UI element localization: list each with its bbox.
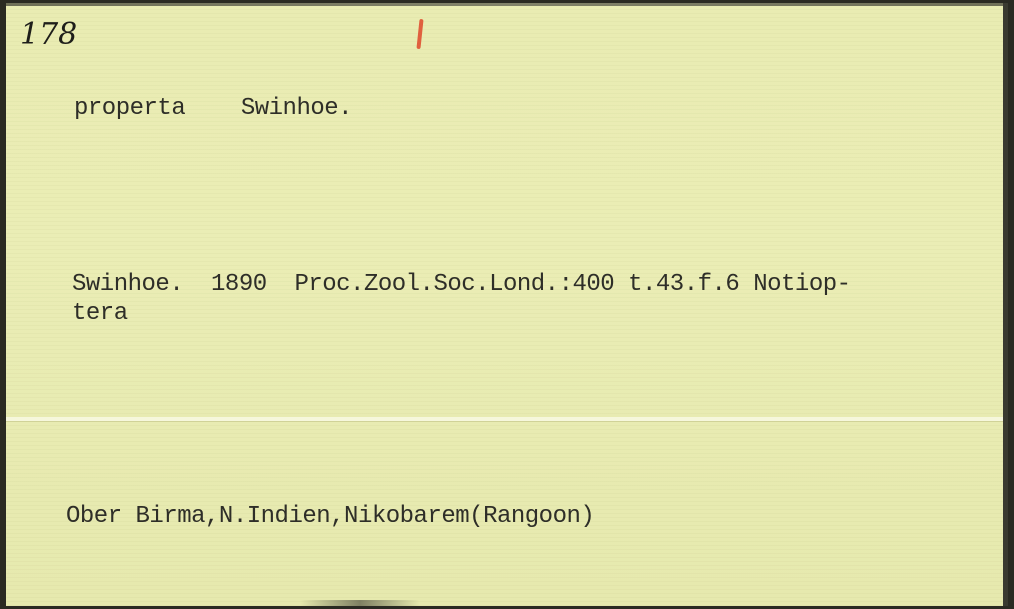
card-edge xyxy=(1003,3,1008,606)
catalog-number: 178 xyxy=(20,17,77,52)
reference-line-1: Swinhoe. 1890 Proc.Zool.Soc.Lond.:400 t.… xyxy=(72,271,851,298)
reference-line-2: tera xyxy=(72,300,128,327)
card-fold-line xyxy=(6,417,1008,421)
species-header: properta Swinhoe. xyxy=(74,95,352,122)
scan-shadow xyxy=(300,600,420,606)
header-spacer xyxy=(185,95,241,122)
species-name: properta xyxy=(74,95,185,122)
species-author: Swinhoe. xyxy=(241,95,352,122)
index-card: 178 properta Swinhoe. Swinhoe. 1890 Proc… xyxy=(6,3,1008,606)
red-pencil-mark xyxy=(416,19,423,49)
locality-text: Ober Birma,N.Indien,Nikobarem(Rangoon) xyxy=(66,503,594,530)
